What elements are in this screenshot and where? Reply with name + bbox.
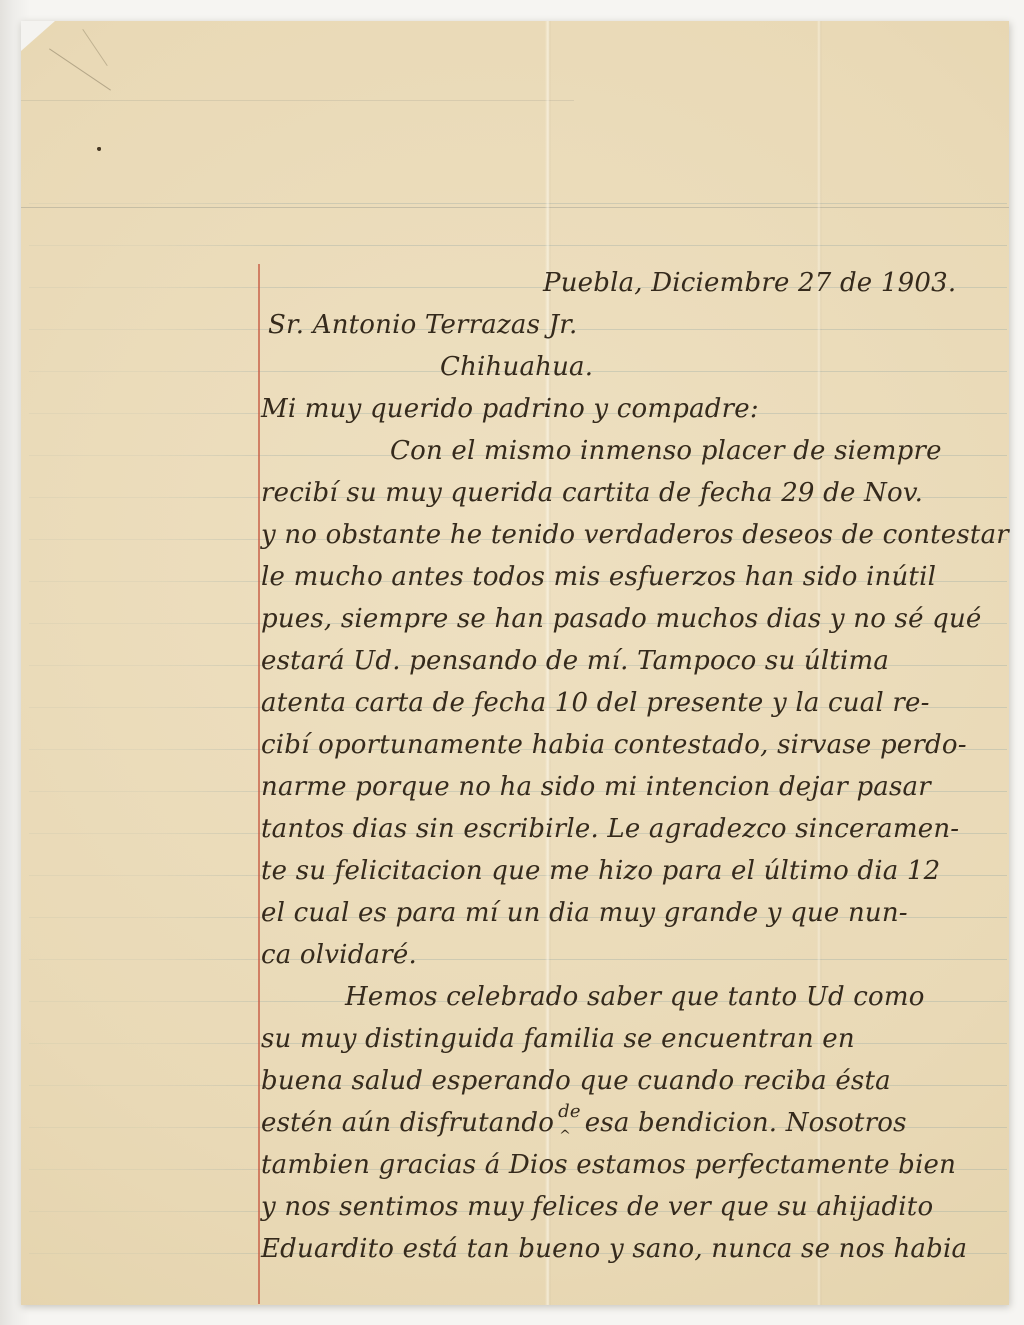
body-line: Con el mismo inmenso placer de siempre <box>261 430 1009 472</box>
paper-crease-horizontal <box>21 207 1009 208</box>
body-line: buena salud esperando que cuando reciba … <box>261 1060 1009 1102</box>
body-line: tambien gracias á Dios estamos perfectam… <box>261 1144 1009 1186</box>
paper-crease-horizontal-faint <box>21 100 574 101</box>
line-text-before-insertion: estén aún disfrutando <box>261 1108 554 1138</box>
body-line: te su felicitacion que me hizo para el ú… <box>261 850 1009 892</box>
body-line: ca olvidaré. <box>261 934 1009 976</box>
interlinear-insertion: de^ <box>558 1102 581 1147</box>
body-line: y nos sentimos muy felices de ver que su… <box>261 1186 1009 1228</box>
corner-fold-crease-2 <box>82 29 107 66</box>
manuscript-text: Puebla, Diciembre 27 de 1903. Sr. Antoni… <box>261 262 1009 1270</box>
body-line: cibí oportunamente habia contestado, sir… <box>261 724 1009 766</box>
body-line: tantos dias sin escribirle. Le agradezco… <box>261 808 1009 850</box>
body-line: estará Ud. pensando de mí. Tampoco su úl… <box>261 640 1009 682</box>
corner-fold <box>21 21 55 51</box>
body-line: Eduardito está tan bueno y sano, nunca s… <box>261 1228 1009 1270</box>
recipient-city-line: Chihuahua. <box>261 346 1009 388</box>
dateline: Puebla, Diciembre 27 de 1903. <box>261 262 1009 304</box>
body-line: pues, siempre se han pasado muchos dias … <box>261 598 1009 640</box>
letter-page: Puebla, Diciembre 27 de 1903. Sr. Antoni… <box>21 21 1009 1305</box>
salutation-line: Mi muy querido padrino y compadre: <box>261 388 1009 430</box>
body-line: Hemos celebrado saber que tanto Ud como <box>261 976 1009 1018</box>
body-line: narme porque no ha sido mi intencion dej… <box>261 766 1009 808</box>
line-text-after-insertion: esa bendicion. Nosotros <box>585 1108 907 1138</box>
body-line-with-insertion: estén aún disfrutandode^esa bendicion. N… <box>261 1102 1009 1144</box>
corner-fold-crease <box>49 48 111 90</box>
red-margin-line <box>258 264 260 1304</box>
recipient-line: Sr. Antonio Terrazas Jr. <box>261 304 1009 346</box>
body-line: su muy distinguida familia se encuentran… <box>261 1018 1009 1060</box>
body-line: el cual es para mí un dia muy grande y q… <box>261 892 1009 934</box>
caret-mark: ^ <box>559 1115 571 1157</box>
body-line: atenta carta de fecha 10 del presente y … <box>261 682 1009 724</box>
body-line: recibí su muy querida cartita de fecha 2… <box>261 472 1009 514</box>
body-line: le mucho antes todos mis esfuerzos han s… <box>261 556 1009 598</box>
ink-speck <box>97 147 101 151</box>
body-line: y no obstante he tenido verdaderos deseo… <box>261 514 1009 556</box>
